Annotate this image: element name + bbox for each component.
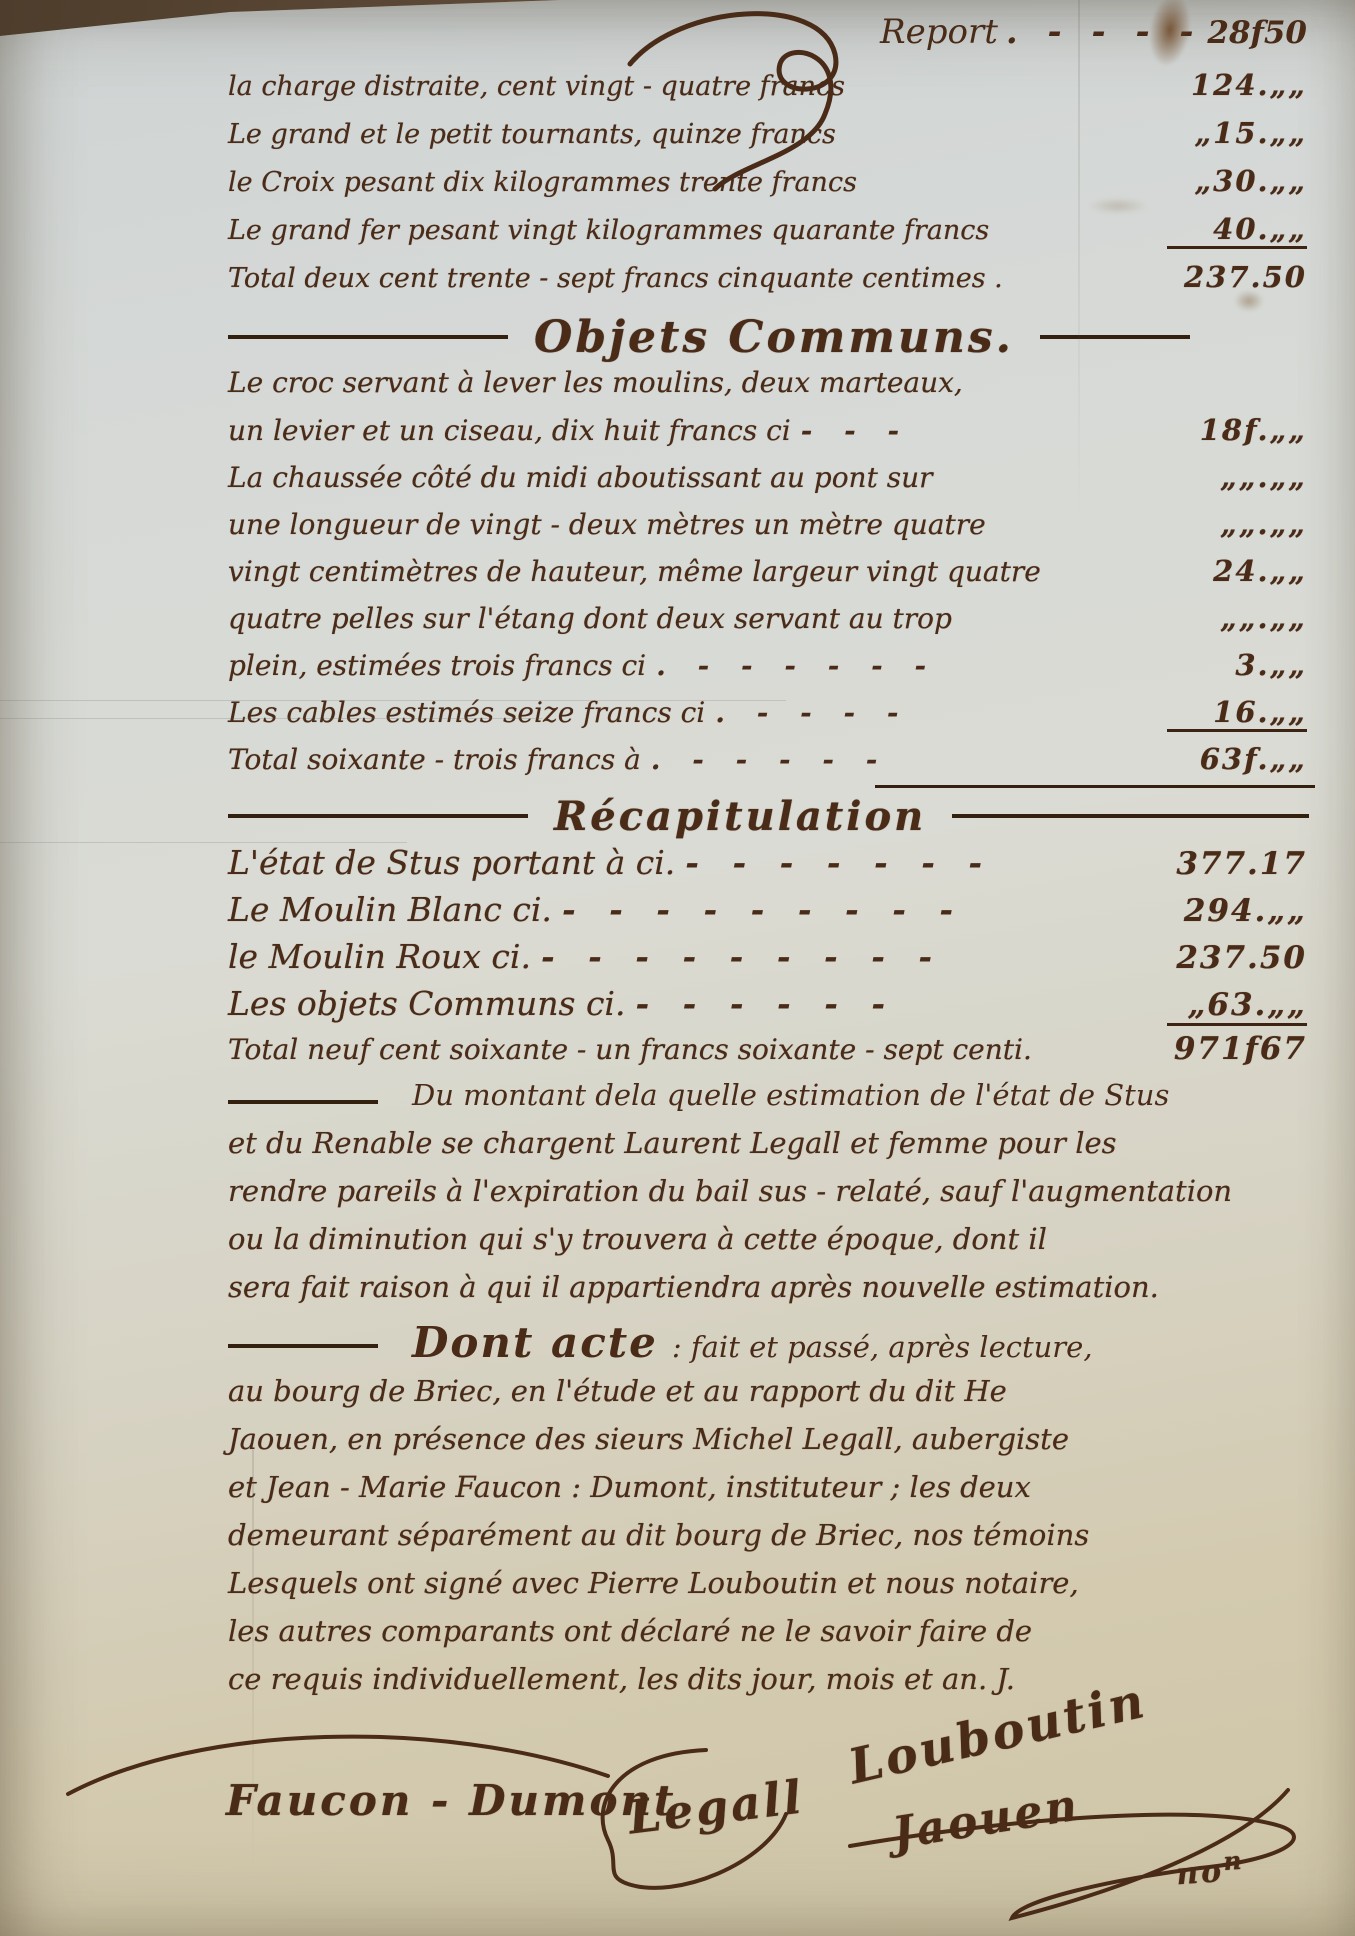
paragraph-lead-rule — [228, 1100, 378, 1104]
leader-dashes: - - - - - - - - - — [552, 890, 1167, 929]
objets-communs-heading: Objets Communs. — [0, 308, 1355, 366]
paragraph-line-text: : fait et passé, après lecture, — [672, 1330, 1093, 1364]
ledger-row-amount: „15.„„ — [1167, 116, 1307, 150]
ledger-row-text: L'état de Stus portant à ci. — [228, 843, 675, 882]
leader-dashes: . - - - - - — [641, 743, 1167, 776]
ledger-row: le Moulin Roux ci. - - - - - - - - - 237… — [0, 937, 1355, 984]
dont-acte-label: Dont acte — [412, 1318, 658, 1367]
report-amount: 28f50 — [1207, 15, 1307, 51]
signature-faucon-dumont: Faucon - Dumont — [226, 1776, 676, 1825]
ledger-row-text: La chaussée côté du midi aboutissant au … — [228, 461, 933, 494]
ledger-row-text: Le grand fer pesant vingt kilogrammes qu… — [228, 215, 989, 246]
ledger-row: Total deux cent trente - sept francs cin… — [0, 260, 1355, 308]
ledger-row-text: quatre pelles sur l'étang dont deux serv… — [228, 602, 952, 635]
paragraph-line-text: Lesquels ont signé avec Pierre Louboutin… — [228, 1566, 1311, 1614]
paragraph-line-text: au bourg de Briec, en l'étude et au rapp… — [228, 1374, 1311, 1422]
manuscript-page: Report . - - - - 28f50 la charge distrai… — [0, 0, 1355, 1936]
ledger-row: Les objets Communs ci. - - - - - - „63.„… — [0, 984, 1355, 1031]
ledger-row-amount: 16.„„ — [1167, 695, 1307, 732]
ledger-row-amount: 294.„„ — [1167, 893, 1307, 929]
ledger-row-amount: 377.17 — [1167, 846, 1307, 882]
signature-block: Faucon - Dumont Legall Louboutin Jaouen … — [0, 1710, 1355, 1936]
leader-dashes: . - - - - - - — [646, 649, 1167, 682]
paragraph-lead-rule — [228, 1344, 378, 1348]
ledger-row-text: Total neuf cent soixante - un francs soi… — [228, 1033, 1032, 1066]
heading-rule — [228, 814, 528, 818]
ledger-row-text: plein, estimées trois francs ci — [228, 649, 646, 682]
leader-dashes: - - - - - - — [625, 984, 1167, 1023]
ledger-row: un levier et un ciseau, dix huit francs … — [0, 413, 1355, 460]
ledger-row-text: Le grand et le petit tournants, quinze f… — [228, 119, 836, 150]
paragraph-line-text: les autres comparants ont déclaré ne le … — [228, 1614, 1311, 1662]
ledger-row-amount: 18f.„„ — [1167, 413, 1307, 447]
leader-dashes: - - - — [791, 414, 1167, 447]
ledger-row-text: Le Moulin Blanc ci. — [228, 890, 552, 929]
paragraph-line-text: et Jean - Marie Faucon : Dumont, institu… — [228, 1470, 1311, 1518]
ledger-row: Les cables estimés seize francs ci . - -… — [0, 695, 1355, 742]
heading-rule — [1040, 335, 1190, 339]
estimation-paragraph: Du montant dela quelle estimation de l'é… — [0, 1078, 1355, 1318]
paragraph-line-text: demeurant séparément au dit bourg de Bri… — [228, 1518, 1311, 1566]
notary-abbreviation: non — [1175, 1846, 1247, 1893]
ledger-row-amount: 237.50 — [1167, 260, 1307, 294]
ledger-row: Le Moulin Blanc ci. - - - - - - - - - 29… — [0, 890, 1355, 937]
ledger-row-amount: „„.„„ — [1167, 507, 1307, 541]
ledger-row-amount: 237.50 — [1167, 940, 1307, 976]
moulin-roux-section: la charge distraite, cent vingt - quatre… — [0, 68, 1355, 308]
objets-communs-section: Le croc servant à lever les moulins, deu… — [0, 366, 1355, 789]
ledger-row-text: Total soixante - trois francs à — [228, 743, 641, 776]
leader-dashes: . - - - - — [998, 12, 1208, 52]
ledger-row-amount: „„.„„ — [1167, 460, 1307, 494]
ledger-row: Le croc servant à lever les moulins, deu… — [0, 366, 1355, 413]
recapitulation-section: L'état de Stus portant à ci. - - - - - -… — [0, 843, 1355, 1078]
ledger-row-text: Le croc servant à lever les moulins, deu… — [228, 366, 963, 399]
signature-jaouen: Jaouen — [889, 1780, 1083, 1860]
ledger-row-amount: „30.„„ — [1167, 164, 1307, 198]
heading-rule — [228, 335, 508, 339]
paragraph-line-text: ce requis individuellement, les dits jou… — [228, 1662, 1311, 1710]
ledger-row: quatre pelles sur l'étang dont deux serv… — [0, 601, 1355, 648]
heading-rule — [952, 814, 1309, 818]
ledger-row: Total neuf cent soixante - un francs soi… — [0, 1031, 1355, 1078]
ledger-row-amount: 63f.„„ — [1167, 742, 1307, 776]
ledger-row-amount: 24.„„ — [1167, 554, 1307, 588]
ledger-row-text: une longueur de vingt - deux mètres un m… — [228, 508, 986, 541]
ledger-row-amount: 3.„„ — [1167, 648, 1307, 682]
ledger-row-text: vingt centimètres de hauteur, même large… — [228, 555, 1041, 588]
paragraph-line-text: ou la diminution qui s'y trouvera à cett… — [228, 1222, 1311, 1270]
ledger-row-text: la charge distraite, cent vingt - quatre… — [228, 71, 845, 102]
heading-text: Récapitulation — [528, 793, 952, 840]
leader-dashes: - - - - - - - - - — [531, 937, 1167, 976]
ledger-row: La chaussée côté du midi aboutissant au … — [0, 460, 1355, 507]
ledger-row-text: Les cables estimés seize francs ci — [228, 696, 705, 729]
ledger-row: la charge distraite, cent vingt - quatre… — [0, 68, 1355, 116]
ledger-row-text: Total deux cent trente - sept francs cin… — [228, 263, 1003, 294]
ledger-row-text: le Moulin Roux ci. — [228, 937, 531, 976]
recapitulation-heading: Récapitulation — [0, 789, 1355, 843]
paragraph-line-text: rendre pareils à l'expiration du bail su… — [228, 1174, 1311, 1222]
ledger-row: une longueur de vingt - deux mètres un m… — [0, 507, 1355, 554]
ledger-row-text: Les objets Communs ci. — [228, 984, 625, 1023]
leader-dashes: . - - - - — [705, 696, 1167, 729]
ledger-row: L'état de Stus portant à ci. - - - - - -… — [0, 843, 1355, 890]
ledger-row: Le grand et le petit tournants, quinze f… — [0, 116, 1355, 164]
ledger-row: Total soixante - trois francs à . - - - … — [0, 742, 1355, 789]
ledger-row: le Croix pesant dix kilogrammes trente f… — [0, 164, 1355, 212]
dont-acte-paragraph: Dont acte : fait et passé, après lecture… — [0, 1318, 1355, 1710]
paragraph-line-text: Du montant dela quelle estimation de l'é… — [412, 1078, 1169, 1112]
ledger-row: plein, estimées trois francs ci . - - - … — [0, 648, 1355, 695]
ledger-row-amount: „„.„„ — [1167, 601, 1307, 635]
ledger-row-amount: „63.„„ — [1167, 987, 1307, 1026]
ledger-row-text: le Croix pesant dix kilogrammes trente f… — [228, 167, 857, 198]
ledger-row-amount: 124.„„ — [1167, 68, 1307, 102]
paragraph-line-text: Jaouen, en présence des sieurs Michel Le… — [228, 1422, 1311, 1470]
report-label: Report — [880, 12, 998, 52]
paragraph-line-text: et du Renable se chargent Laurent Legall… — [228, 1126, 1311, 1174]
heading-text: Objets Communs. — [508, 312, 1040, 363]
ledger-row: Le grand fer pesant vingt kilogrammes qu… — [0, 212, 1355, 260]
paragraph-first-line: Du montant dela quelle estimation de l'é… — [228, 1078, 1311, 1126]
paragraph-first-line: Dont acte : fait et passé, après lecture… — [228, 1318, 1311, 1374]
report-line: Report . - - - - 28f50 — [880, 12, 1355, 68]
leader-dashes: - - - - - - - — [675, 843, 1167, 882]
ledger-row-amount: 971f67 — [1167, 1031, 1307, 1067]
ledger-row-amount: 40.„„ — [1167, 212, 1307, 249]
paragraph-line-text: sera fait raison à qui il appartiendra a… — [228, 1270, 1311, 1318]
ledger-row-text: un levier et un ciseau, dix huit francs … — [228, 414, 791, 447]
ledger-row: vingt centimètres de hauteur, même large… — [0, 554, 1355, 601]
